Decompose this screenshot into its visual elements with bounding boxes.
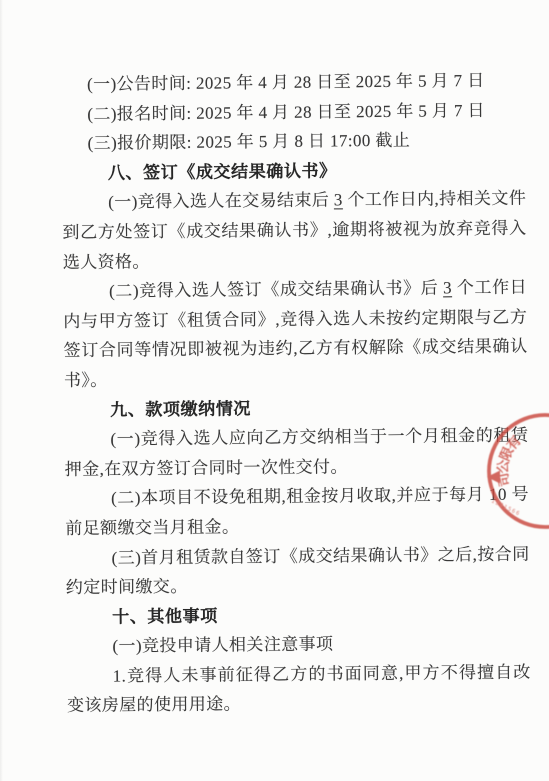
paragraph: (三)报价期限: 2025 年 5 月 8 日 17:00 截止 [61,125,525,159]
text-run: 1.竞得人未事前征得乙方的书面同意,甲方不得擅自改变该房屋的使用用途。 [67,662,531,715]
text-run: (三)报价期限: 2025 年 5 月 8 日 17:00 截止 [88,131,411,153]
section-heading: 九、款项缴纳情况 [64,391,528,425]
paragraph: 1.竞得人未事前征得乙方的书面同意,甲方不得擅自改变该房屋的使用用途。 [67,657,532,721]
text-run: (二)本项目不设免租期,租金按月收取,并应于每月 10 号前足额缴交当月租金。 [65,485,529,538]
text-run: 十、其他事项 [112,606,218,626]
paragraph: (一)竞得入选人在交易结束后 3 个工作日内,持相关文件到乙方处签订《成交结果确… [62,184,527,277]
section-heading: 八、签订《成交结果确认书》 [62,154,526,188]
text-run: (一)公告时间: 2025 年 4 月 28 日至 2025 年 5 月 7 日 [87,71,485,94]
paragraph: (二)报名时间: 2025 年 4 月 28 日至 2025 年 5 月 7 日 [61,95,525,129]
paragraph: (三)首月租赁款自签订《成交结果确认书》之后,按合同约定时间缴交。 [65,539,530,603]
paragraph: (二)竞得入选人签订《成交结果确认书》后 3 个工作日内与甲方签订《租赁合同》,… [63,273,528,396]
text-run: 八、签订《成交结果确认书》 [108,161,337,182]
underlined-number: 3 [334,191,343,210]
text-run: (二)竞得入选人签订《成交结果确认书》后 [109,279,443,301]
text-run: (二)报名时间: 2025 年 4 月 28 日至 2025 年 5 月 7 日 [87,101,485,124]
paragraph: (一)竞得入选人应向乙方交纳相当于一个月租金的租赁押金,在双方签订合同时一次性交… [64,421,529,485]
text-run: (一)竞得入选人在交易结束后 [108,191,334,212]
document-body: (一)公告时间: 2025 年 4 月 28 日至 2025 年 5 月 7 日… [61,66,531,721]
text-run: 九、款项缴纳情况 [110,399,251,419]
underlined-number: 3 [443,278,452,297]
document-rotation-wrapper: (一)公告时间: 2025 年 4 月 28 日至 2025 年 5 月 7 日… [0,0,549,781]
text-run: (一)竞投申请人相关注意事项 [112,635,333,656]
scanned-document-page: (一)公告时间: 2025 年 4 月 28 日至 2025 年 5 月 7 日… [0,0,549,781]
paragraph: (二)本项目不设免租期,租金按月收取,并应于每月 10 号前足额缴交当月租金。 [65,480,530,544]
paragraph: (一)公告时间: 2025 年 4 月 28 日至 2025 年 5 月 7 日 [61,66,525,100]
text-run: (一)竞得入选人应向乙方交纳相当于一个月租金的租赁押金,在双方签订合同时一次性交… [65,426,529,479]
paragraph: (一)竞投申请人相关注意事项 [66,628,530,662]
text-run: (三)首月租赁款自签订《成交结果确认书》之后,按合同约定时间缴交。 [66,544,530,597]
section-heading: 十、其他事项 [66,598,530,632]
scan-edge-shadow [0,0,3,781]
